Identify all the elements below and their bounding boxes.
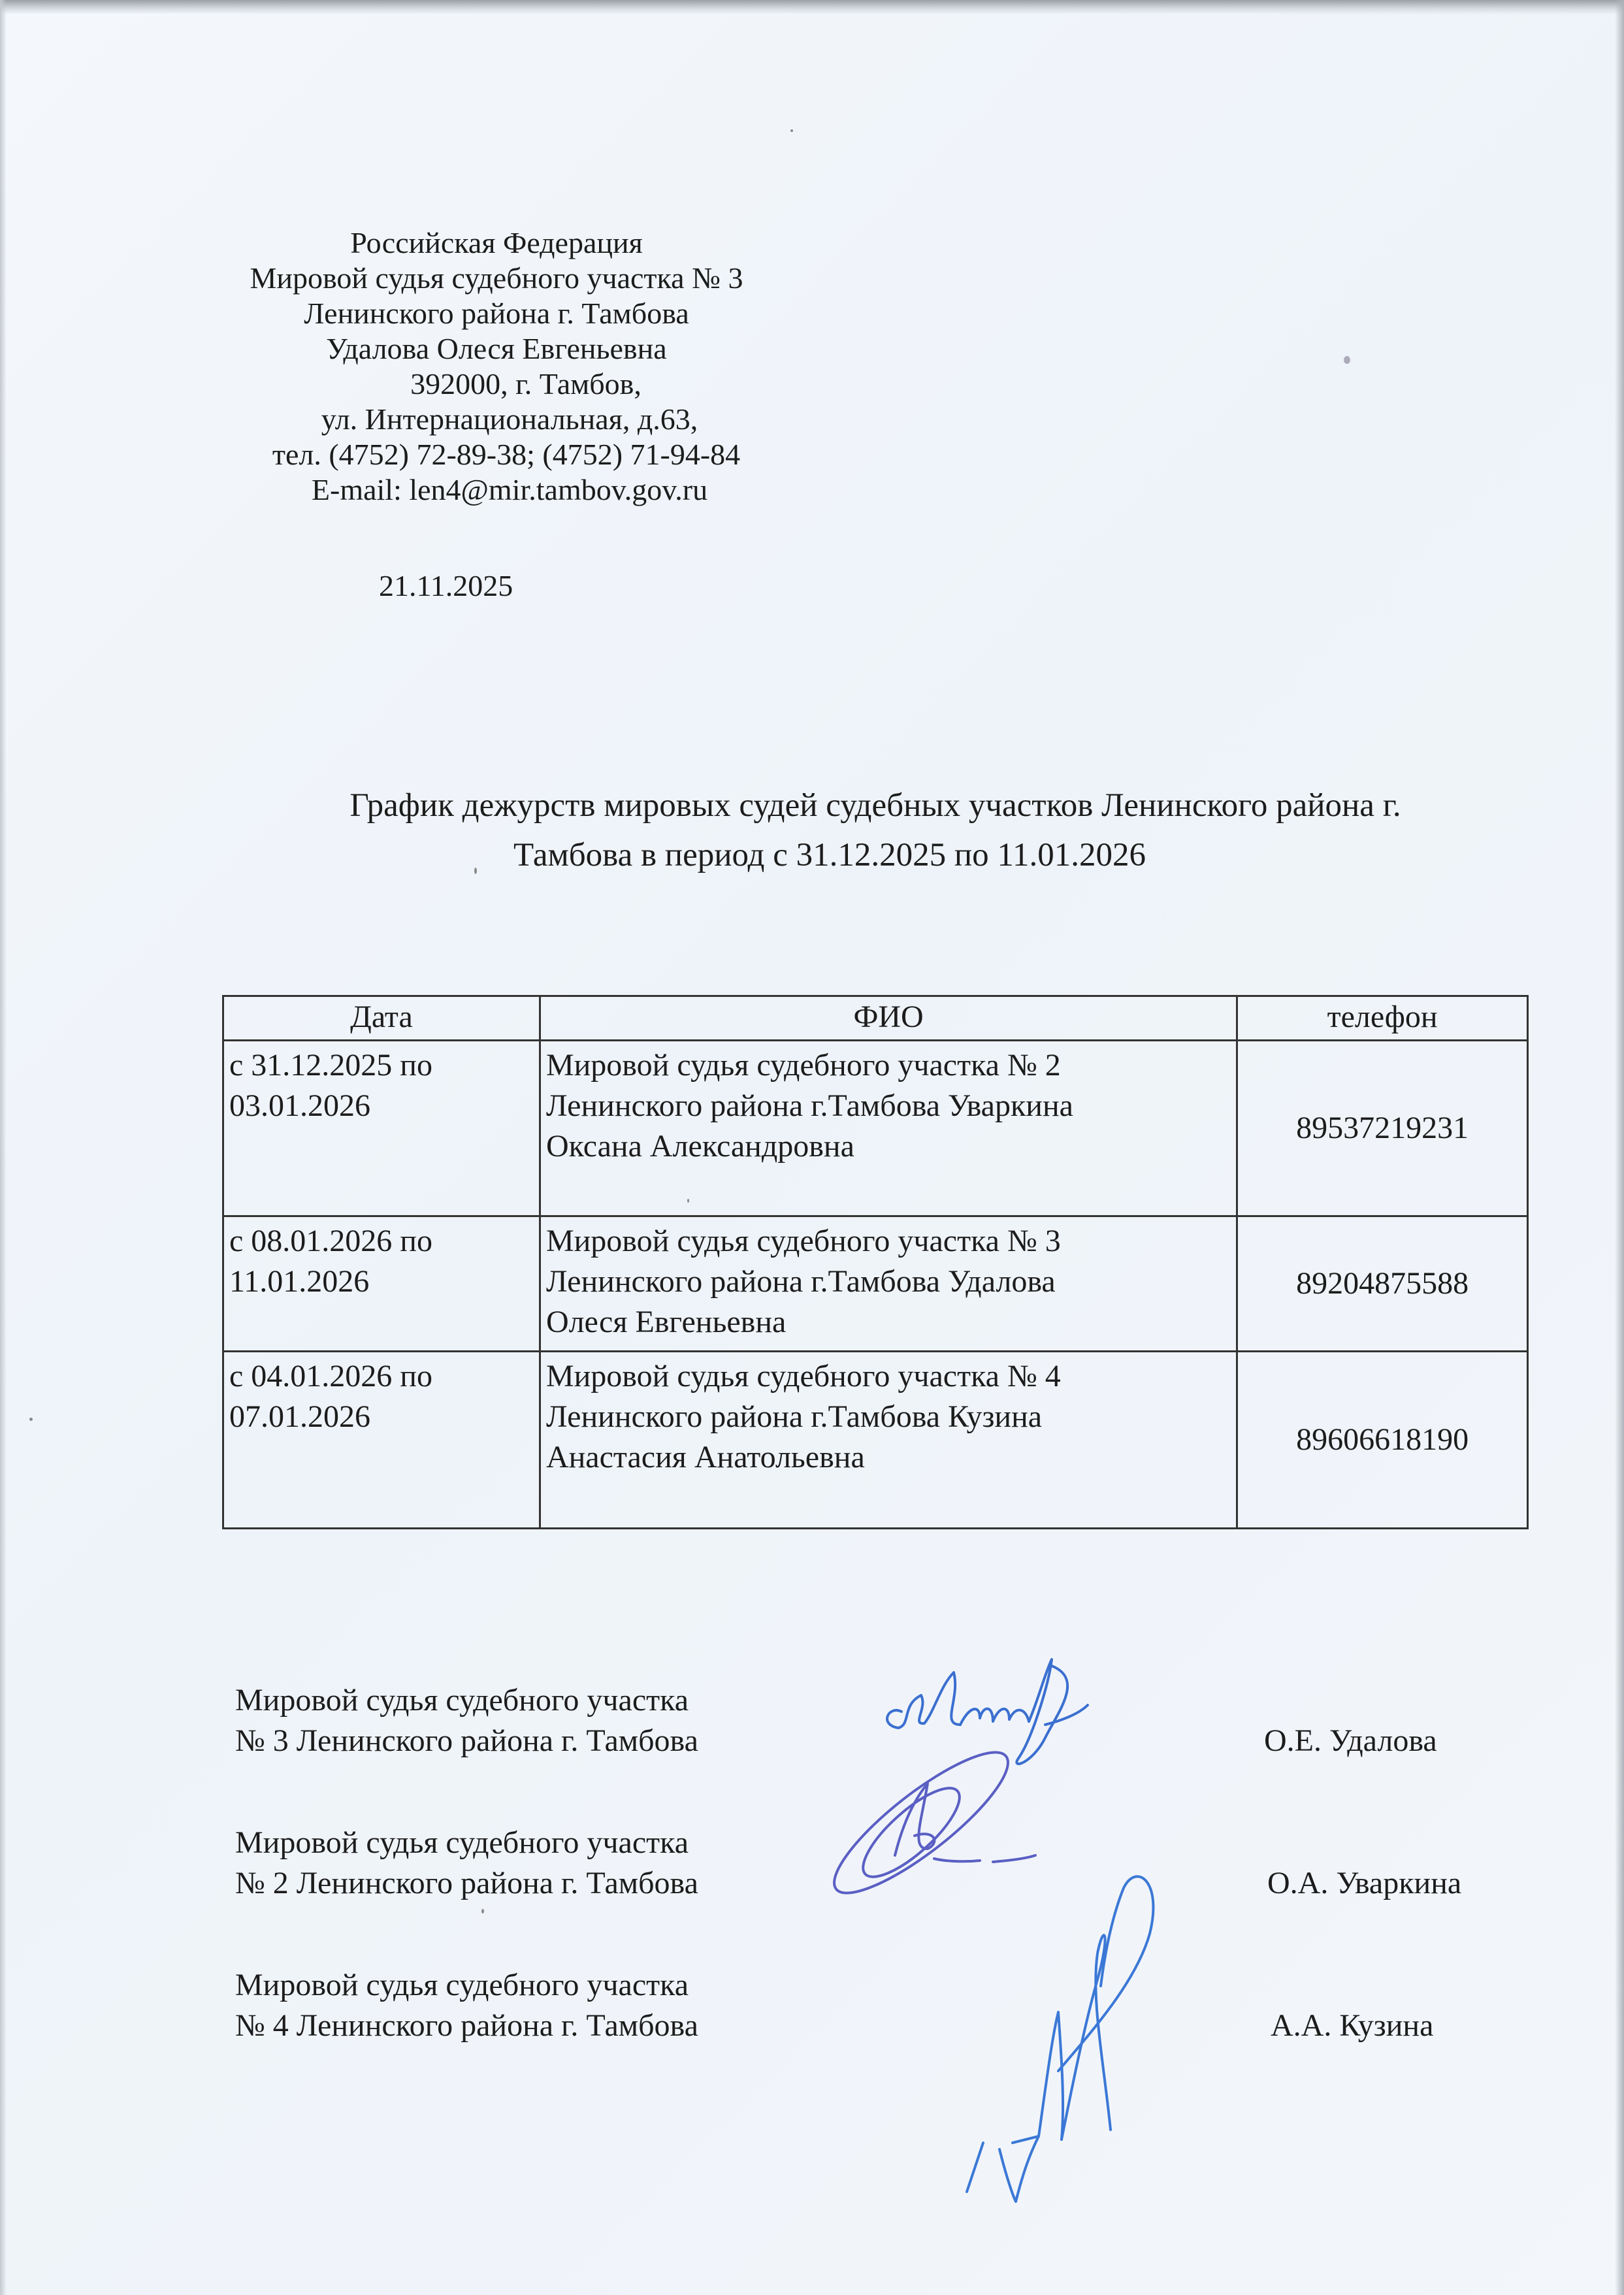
letterhead-address-line2: ул. Интернациональная, д.63, (216, 402, 777, 437)
column-header-fio: ФИО (540, 996, 1237, 1041)
date-from: с 31.12.2025 по (229, 1045, 534, 1086)
cell-fio: Мировой судья судебного участка № 4 Лени… (540, 1352, 1237, 1529)
date-to: 11.01.2026 (229, 1261, 534, 1302)
scan-speck (481, 1909, 484, 1913)
table-row: с 31.12.2025 по 03.01.2026 Мировой судья… (223, 1041, 1528, 1216)
fio-line: Мировой судья судебного участка № 4 (546, 1356, 1231, 1397)
signer-position-line1: Мировой судья судебного участка (235, 1680, 1542, 1721)
signer-name: О.А. Уваркина (1267, 1863, 1461, 1904)
letterhead-address-line1: 392000, г. Тамбов, (216, 366, 777, 402)
scan-edge-right (1615, 0, 1624, 2295)
fio-line: Ленинского района г.Тамбова Кузина (546, 1397, 1231, 1437)
fio-line: Оксана Александровна (546, 1126, 1231, 1167)
document-title: График дежурств мировых судей судебных у… (255, 781, 1496, 880)
signer-name: О.Е. Удалова (1264, 1721, 1437, 1761)
date-to: 03.01.2026 (229, 1086, 534, 1126)
letterhead-phones: тел. (4752) 72-89-38; (4752) 71-94-84 (216, 437, 777, 472)
letterhead: Российская Федерация Мировой судья судеб… (216, 225, 777, 508)
letterhead-email: E-mail: len4@mir.tambov.gov.ru (216, 472, 777, 508)
table-row: с 08.01.2026 по 11.01.2026 Мировой судья… (223, 1216, 1528, 1352)
signatures-section: Мировой судья судебного участка № 3 Лени… (235, 1680, 1542, 2108)
signer-position-line1: Мировой судья судебного участка (235, 1823, 1542, 1863)
table-row: с 04.01.2026 по 07.01.2026 Мировой судья… (223, 1352, 1528, 1529)
table-header-row: Дата ФИО телефон (223, 996, 1528, 1041)
fio-line: Ленинского района г.Тамбова Удалова (546, 1261, 1231, 1302)
cell-date: с 08.01.2026 по 11.01.2026 (223, 1216, 540, 1352)
duty-schedule-table: Дата ФИО телефон с 31.12.2025 по 03.01.2… (222, 995, 1529, 1529)
scan-speck (1344, 356, 1350, 364)
fio-line: Ленинского района г.Тамбова Уваркина (546, 1086, 1231, 1126)
column-header-phone: телефон (1237, 996, 1528, 1041)
document-title-line2: Тамбова в период с 31.12.2025 по 11.01.2… (255, 830, 1496, 880)
date-from: с 04.01.2026 по (229, 1356, 534, 1397)
letterhead-office-line1: Мировой судья судебного участка № 3 (216, 261, 777, 296)
scan-speck (790, 129, 793, 132)
cell-fio: Мировой судья судебного участка № 3 Лени… (540, 1216, 1237, 1352)
document-title-line1: График дежурств мировых судей судебных у… (255, 781, 1496, 830)
scan-speck (474, 868, 477, 874)
fio-line: Мировой судья судебного участка № 2 (546, 1045, 1231, 1086)
cell-date: с 31.12.2025 по 03.01.2026 (223, 1041, 540, 1216)
fio-line: Мировой судья судебного участка № 3 (546, 1221, 1231, 1261)
letterhead-office-line2: Ленинского района г. Тамбова (216, 296, 777, 331)
fio-line: Олеся Евгеньевна (546, 1302, 1231, 1343)
letterhead-country: Российская Федерация (216, 225, 777, 261)
column-header-date: Дата (223, 996, 540, 1041)
cell-fio: Мировой судья судебного участка № 2 Лени… (540, 1041, 1237, 1216)
scan-edge-left (0, 0, 7, 2295)
signer-name: А.А. Кузина (1271, 2006, 1433, 2046)
letterhead-judge-name: Удалова Олеся Евгеньевна (216, 331, 777, 366)
scan-edge-top (0, 0, 1624, 14)
signer-position-line1: Мировой судья судебного участка (235, 1965, 1542, 2006)
cell-date: с 04.01.2026 по 07.01.2026 (223, 1352, 540, 1529)
signature-block-udalova: Мировой судья судебного участка № 3 Лени… (235, 1680, 1542, 1823)
fio-line: Анастасия Анатольевна (546, 1437, 1231, 1478)
signature-block-uvarkina: Мировой судья судебного участка № 2 Лени… (235, 1823, 1542, 1965)
date-to: 07.01.2026 (229, 1397, 534, 1437)
date-from: с 08.01.2026 по (229, 1221, 534, 1261)
cell-phone: 89537219231 (1237, 1041, 1528, 1216)
signature-block-kuzina: Мировой судья судебного участка № 4 Лени… (235, 1965, 1542, 2108)
document-date: 21.11.2025 (379, 568, 513, 603)
cell-phone: 89606618190 (1237, 1352, 1528, 1529)
cell-phone: 89204875588 (1237, 1216, 1528, 1352)
scan-speck (29, 1418, 33, 1421)
scan-speck (687, 1199, 689, 1203)
